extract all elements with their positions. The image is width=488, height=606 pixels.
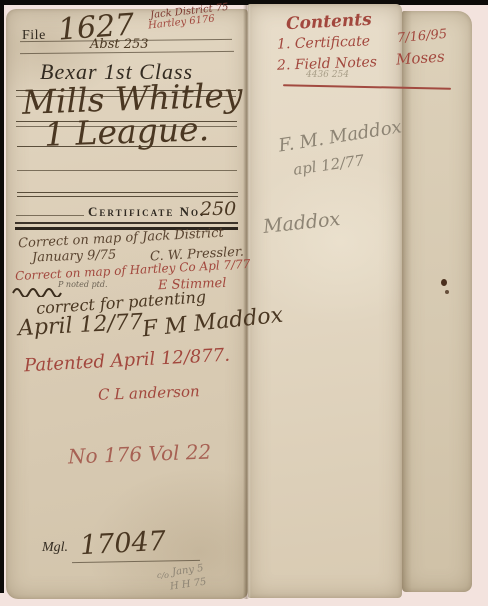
certificate-label: Certificate No.	[88, 204, 205, 220]
entry-correct-date: January 9/75	[32, 248, 117, 266]
ink-blot	[445, 290, 449, 294]
entry-patented-signature: C L anderson	[98, 382, 200, 404]
ink-blot	[441, 279, 447, 286]
rule-line	[17, 170, 237, 171]
rule-line	[15, 222, 238, 224]
mgl-label: Mgl.	[42, 540, 68, 556]
pencil-co-note: c/o	[157, 572, 169, 579]
entry-small-stamp: P noted ptd.	[58, 280, 108, 289]
rule-line	[17, 196, 238, 197]
quantity-line: 1 League.	[43, 109, 209, 154]
clerk-name: Moses	[395, 47, 445, 68]
jacket-side-flap	[402, 11, 472, 592]
jacket-back-panel	[248, 4, 402, 598]
certificate-number: 250	[200, 198, 236, 220]
rule-line	[16, 215, 84, 216]
contents-item-certificate: 1. Certificate	[277, 33, 371, 52]
ink-scribble	[12, 283, 64, 297]
fold-crease	[243, 5, 251, 599]
abstract-note: Abst 253	[90, 37, 149, 52]
volume-note: No 176 Vol 22	[68, 440, 212, 469]
scan-edge-left	[0, 0, 4, 593]
rule-line	[17, 192, 238, 193]
mgl-number: 17047	[79, 526, 166, 561]
faint-pencil-numbers: 4436 254	[306, 70, 349, 80]
file-label: File	[22, 28, 46, 44]
scanned-document-page: File 1627 Jack District 75 Hartley 6176 …	[0, 0, 488, 606]
